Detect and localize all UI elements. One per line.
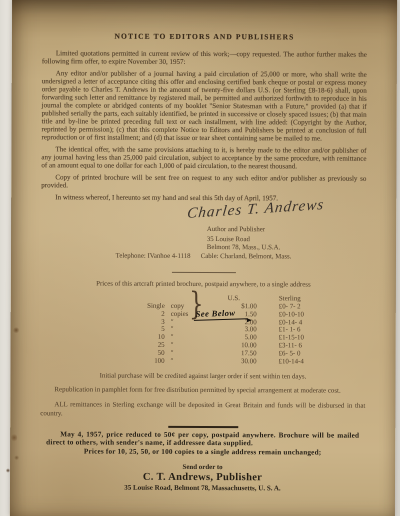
quantity-number: 3	[129, 318, 165, 326]
price-us: 17.50	[211, 350, 257, 358]
price-sterling: £1- 1- 6	[257, 327, 301, 335]
addendum-prices-unchanged: Prices for 10, 25, 50, or 100 copies to …	[40, 448, 365, 457]
note-republication: Republication in pamphlet form for free …	[40, 387, 365, 397]
quantity-number: 100	[129, 357, 165, 365]
price-sterling: £1-15-10	[257, 334, 304, 342]
quantity-unit: ″	[165, 334, 211, 342]
price-us: 5.00	[211, 334, 257, 342]
quantity-number: 10	[129, 334, 165, 342]
quantity-unit: ″	[165, 342, 211, 350]
price-sterling: £3-11- 6	[257, 342, 302, 350]
quantity-number: 5	[129, 326, 165, 334]
price-us: 30.00	[211, 358, 257, 366]
price-sterling: £0-14- 4	[257, 319, 303, 327]
price-table: U.S. Sterling Single copy $1.00 £0- 7- 2…	[41, 294, 366, 366]
quantity-number: 50	[129, 349, 165, 357]
notice-paragraph: Any editor and/or publisher of a journal…	[42, 69, 367, 143]
page-content: NOTICE TO EDITORS AND PUBLISHERS Limited…	[10, 0, 397, 516]
divider-rule	[171, 272, 235, 273]
document-page: NOTICE TO EDITORS AND PUBLISHERS Limited…	[10, 0, 397, 516]
price-us: 3.00	[211, 326, 257, 334]
column-header-us: U.S.	[211, 295, 257, 303]
order-address: 35 Louise Road, Belmont 78, Massachusett…	[40, 483, 365, 492]
send-order-label: Send order to	[40, 463, 365, 471]
address-line: Belmont 78, Mass., U.S.A.	[207, 244, 366, 253]
signer-role: Author and Publisher	[207, 226, 366, 235]
column-header-sterling: Sterling	[257, 295, 301, 303]
notice-body: Limited quotations permitted in current …	[41, 49, 367, 202]
contact-line: Telephone: IVanhoe 4-1118 Cable: Charlan…	[41, 252, 366, 260]
notice-paragraph: Limited quotations permitted in current …	[42, 49, 367, 67]
quantity-unit: ″	[165, 326, 211, 334]
quantity-unit: ″	[165, 350, 211, 358]
quantity-unit: ″	[165, 357, 211, 365]
addendum-price-reduction: May 4, 1957, price reduced to 50¢ per co…	[46, 430, 359, 449]
note-initial-purchase: Initial purchase will be credited agains…	[40, 373, 365, 381]
quantity-number: Single	[129, 303, 165, 311]
price-sterling: £0- 7- 2	[257, 303, 301, 311]
photo-of-document-page: { "paper": { "color": "#c6ae84", "ink": …	[0, 0, 400, 516]
order-publisher-name: C. T. Andrews, Publisher	[40, 471, 365, 483]
price-row: 100 ″ 30.00 £10-14-4	[129, 357, 366, 366]
price-us: 10.00	[211, 342, 257, 350]
see-below-handwritten-note: See Below	[194, 309, 248, 320]
divider-rule-bold	[168, 426, 238, 428]
note-remittances: ALL remittances in Sterling exchange wil…	[40, 402, 365, 420]
quantity-number: 2	[129, 310, 165, 318]
publisher-address: 35 Louise Road Belmont 78, Mass., U.S.A.	[207, 236, 366, 253]
price-sterling: £6- 5- 0	[257, 350, 301, 358]
price-sterling: £0-10-10	[257, 311, 304, 319]
notice-paragraph: Copy of printed brochure will be sent fr…	[41, 173, 366, 191]
notice-paragraph: The identical offer, with the same provi…	[41, 145, 366, 171]
page-title: NOTICE TO EDITORS AND PUBLISHERS	[42, 31, 367, 41]
quantity-number: 25	[129, 342, 165, 350]
price-sterling: £10-14-4	[257, 358, 304, 366]
